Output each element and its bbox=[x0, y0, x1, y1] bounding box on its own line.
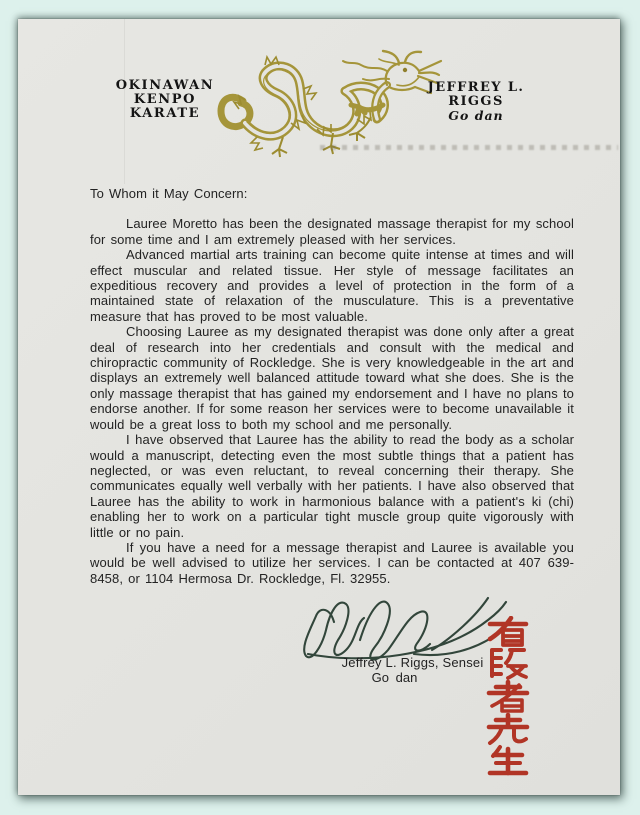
red-calligraphy-stamp bbox=[485, 616, 531, 776]
paragraph-4: I have observed that Lauree has the abil… bbox=[90, 432, 574, 540]
letterhead-author-name: JEFFREY L. RIGGS bbox=[401, 81, 551, 109]
letter-body: To Whom it May Concern: Lauree Moretto h… bbox=[90, 186, 574, 586]
scanned-letter-screenshot: OKINAWAN KENPO KARATE bbox=[0, 0, 640, 815]
typed-signature-name: Jeffrey L. Riggs, Sensei bbox=[330, 655, 495, 670]
salutation: To Whom it May Concern: bbox=[90, 186, 574, 201]
letterhead-author-rank: Go dan bbox=[401, 109, 551, 123]
paragraph-2: Advanced martial arts training can becom… bbox=[90, 247, 574, 324]
letter-page: OKINAWAN KENPO KARATE bbox=[18, 19, 620, 795]
paragraph-5: If you have a need for a message therapi… bbox=[90, 540, 574, 586]
scan-smudge-line bbox=[320, 145, 618, 150]
letterhead-author: JEFFREY L. RIGGS Go dan bbox=[401, 81, 551, 123]
typed-signature-rank: Go dan bbox=[312, 670, 477, 685]
paragraph-3: Choosing Lauree as my designated therapi… bbox=[90, 324, 574, 432]
paragraph-1: Lauree Moretto has been the designated m… bbox=[90, 216, 574, 247]
